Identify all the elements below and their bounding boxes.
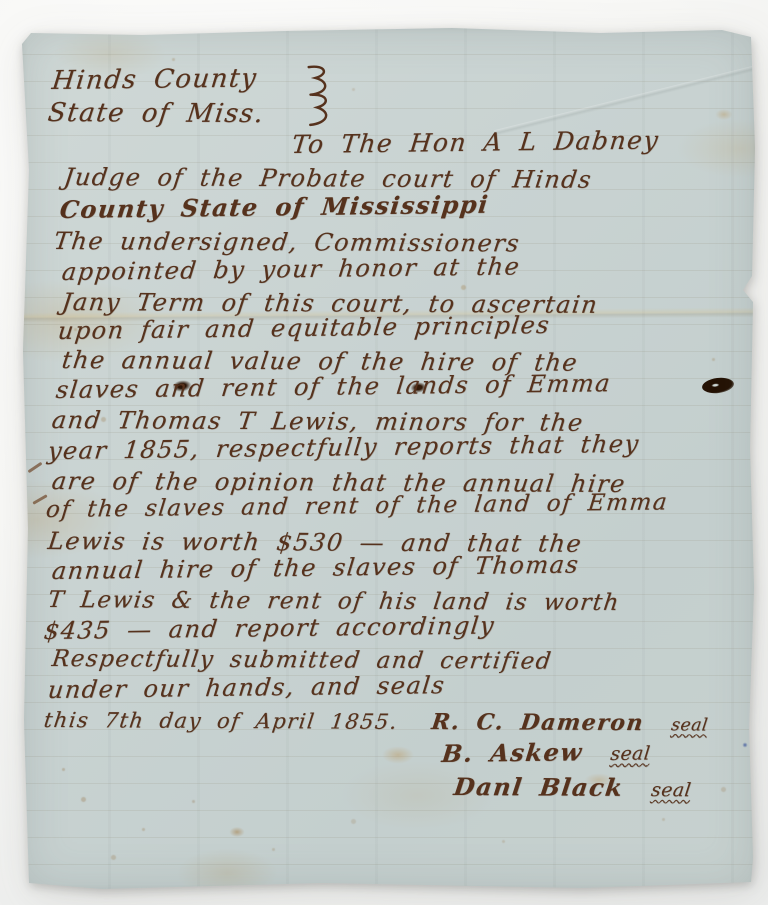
seal-label: seal	[609, 743, 651, 765]
date-line: this 7th day of April 1855.	[42, 708, 399, 734]
photo-backdrop: Hinds County State of Miss. To The Hon A…	[0, 0, 768, 905]
body-line: appointed by your honor at the	[60, 252, 521, 286]
seal-label: seal	[650, 780, 693, 801]
date-and-first-signature-line: this 7th day of April 1855. R. C. Damero…	[42, 707, 710, 736]
foxing-speckles	[22, 28, 25, 31]
signature-name: R. C. Dameron	[430, 709, 646, 736]
address-line: Judge of the Probate court of Hinds	[62, 163, 594, 194]
handwritten-text-layer: Hinds County State of Miss. To The Hon A…	[22, 28, 755, 890]
address-line: To The Hon A L Dabney	[290, 125, 660, 159]
heading-county: Hinds County	[50, 63, 258, 96]
body-line: T Lewis & the rent of his land is worth	[46, 587, 621, 616]
signature-line: Danl Black seal	[452, 772, 693, 802]
body-line: year 1855, respectfully reports that the…	[46, 430, 641, 465]
body-line: upon fair and equitable principles	[56, 311, 551, 345]
body-line: Respectfully submitted and certified	[50, 646, 553, 675]
document-paper: Hinds County State of Miss. To The Hon A…	[22, 28, 755, 890]
seal-label: seal	[670, 715, 709, 735]
signature-name: Danl Black	[452, 772, 625, 802]
body-line: slaves and rent of the lands of Emma	[54, 369, 612, 404]
signature-name: B. Askew	[440, 737, 584, 768]
body-line: under our hands, and seals	[46, 671, 446, 704]
signature-line: B. Askew seal	[440, 736, 652, 768]
body-line-thomas-valuation: $435 — and report accordingly	[42, 611, 496, 645]
address-line: County State of Mississippi	[58, 190, 490, 224]
heading-state: State of Miss.	[46, 98, 266, 129]
paper-shadow-wrap: Hinds County State of Miss. To The Hon A…	[22, 28, 755, 890]
body-line: annual hire of the slaves of Thomas	[50, 551, 580, 585]
